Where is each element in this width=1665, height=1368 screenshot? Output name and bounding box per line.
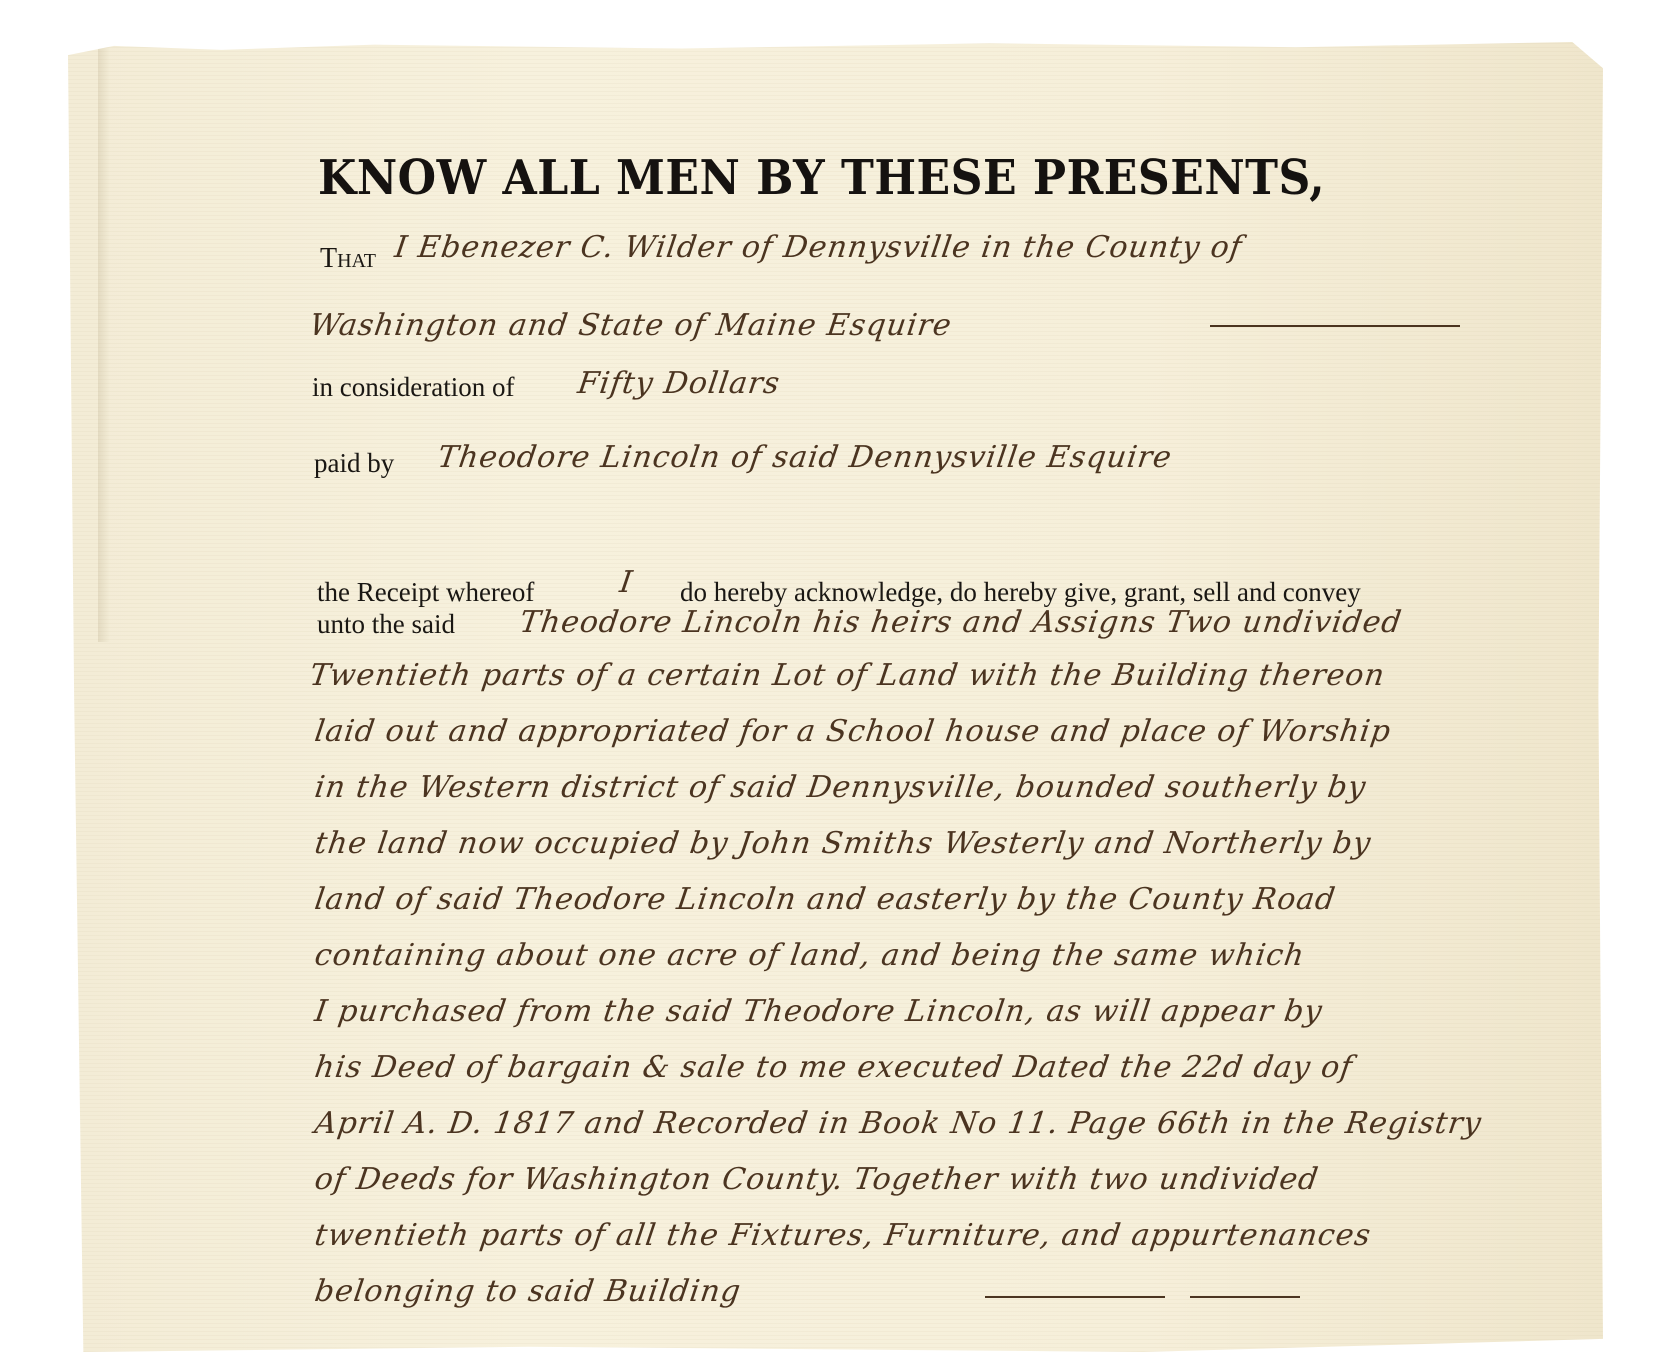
label-that: That: [320, 243, 376, 275]
label-acknowledge: do hereby acknowledge, do hereby give, g…: [680, 577, 1361, 608]
label-unto: unto the said: [317, 609, 455, 640]
body-line: I purchased from the said Theodore Linco…: [313, 994, 1325, 1029]
body-line: of Deeds for Washington County. Together…: [313, 1162, 1321, 1197]
body-line: the land now occupied by John Smiths Wes…: [313, 826, 1374, 861]
consideration-value: Fifty Dollars: [576, 366, 783, 401]
body-line: land of said Theodore Lincoln and easter…: [313, 882, 1338, 917]
body-line: his Deed of bargain & sale to me execute…: [313, 1050, 1355, 1085]
body-line: Twentieth parts of a certain Lot of Land…: [308, 658, 1388, 693]
body-line: April A. D. 1817 and Recorded in Book No…: [313, 1106, 1484, 1141]
paper-fold: [98, 42, 110, 642]
body-line: containing about one acre of land, and b…: [313, 938, 1307, 973]
filler-rule: [985, 1296, 1165, 1298]
body-line: twentieth parts of all the Fixtures, Fur…: [313, 1218, 1374, 1253]
grantor-line-1: I Ebenezer C. Wilder of Dennysville in t…: [393, 230, 1245, 265]
grantor-line-2: Washington and State of Maine Esquire: [308, 308, 955, 343]
payer-value: Theodore Lincoln of said Dennysville Esq…: [436, 440, 1175, 475]
filler-rule: [1210, 325, 1460, 327]
label-paid-by: paid by: [314, 448, 394, 479]
body-line: laid out and appropriated for a School h…: [313, 714, 1394, 749]
body-line: belonging to said Building: [313, 1274, 744, 1309]
label-consideration: in consideration of: [312, 372, 514, 403]
body-line: Theodore Lincoln his heirs and Assigns T…: [518, 605, 1405, 640]
body-line: in the Western district of said Dennysvi…: [313, 770, 1369, 805]
label-receipt: the Receipt whereof: [317, 577, 534, 608]
document-heading: KNOW ALL MEN BY THESE PRESENTS,: [318, 150, 1422, 206]
filler-rule: [1190, 1296, 1300, 1298]
